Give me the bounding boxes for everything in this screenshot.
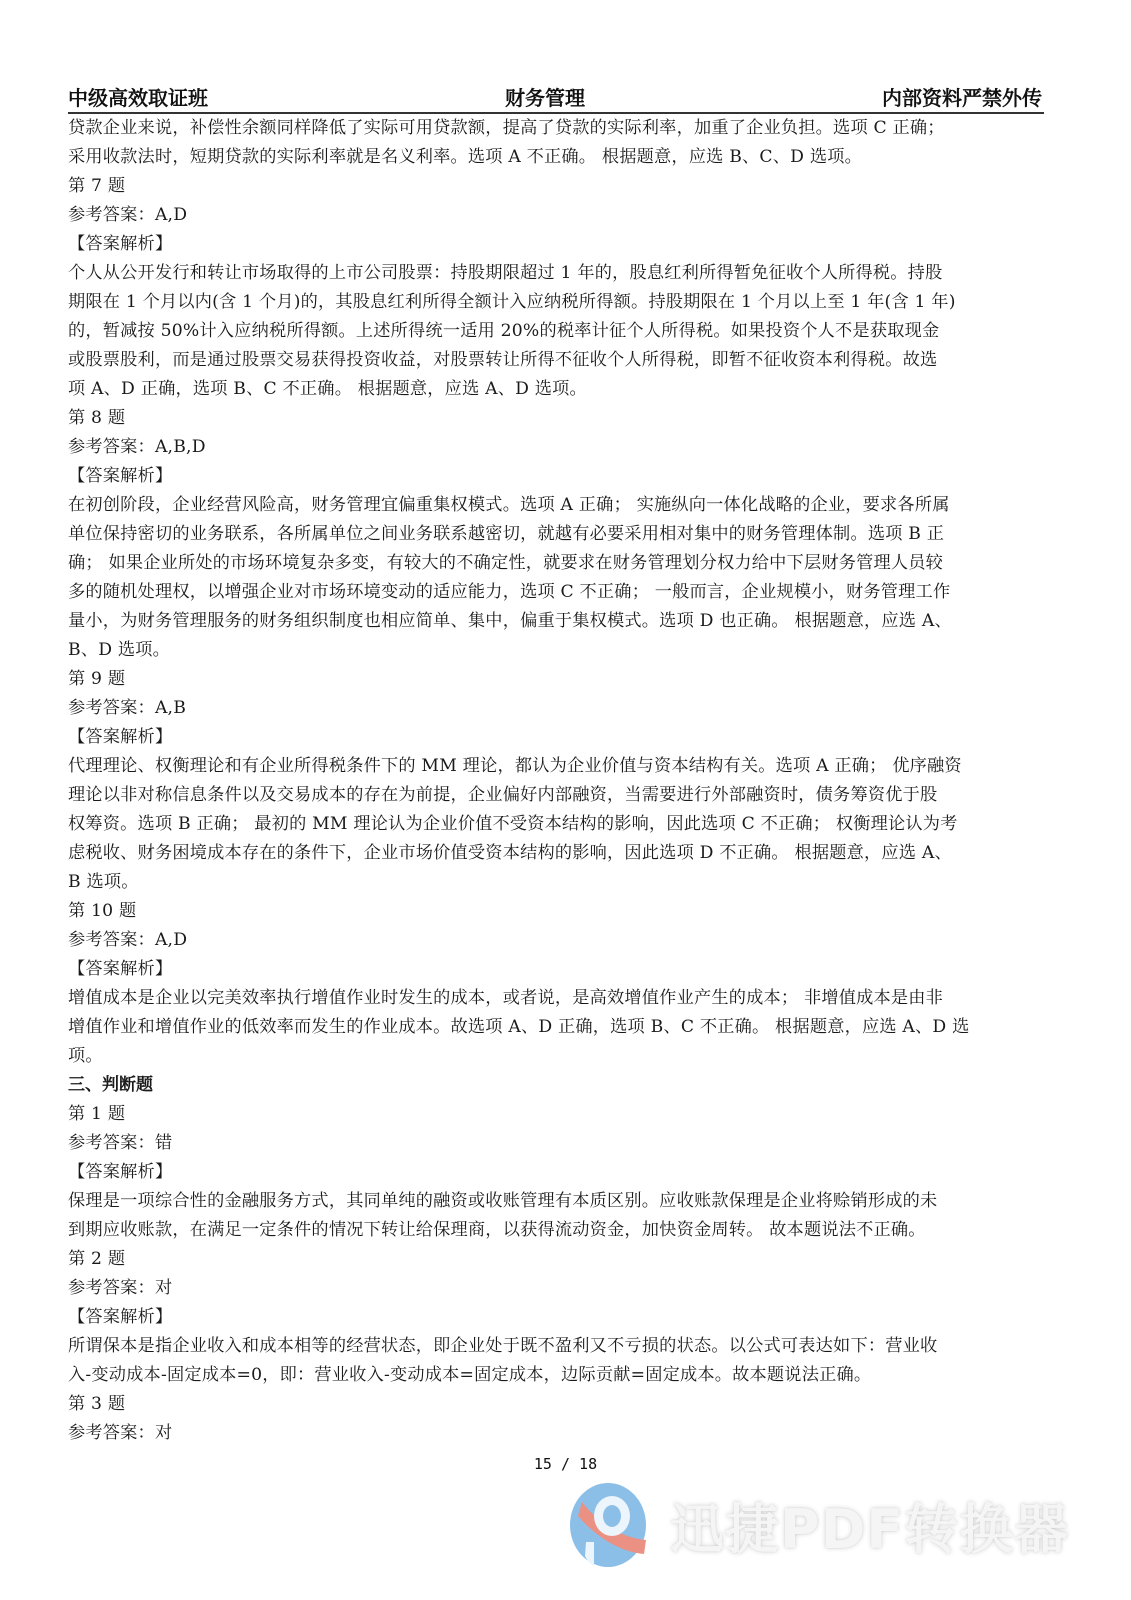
- analysis-line: 确； 如果企业所处的市场环境复杂多变，有较大的不确定性，就要求在财务管理划分权力…: [68, 549, 1042, 578]
- question-title: 第 8 题: [68, 404, 1042, 433]
- analysis-line: 入-变动成本-固定成本=0，即：营业收入-变动成本=固定成本，边际贡献=固定成本…: [68, 1361, 1042, 1390]
- analysis-line: 增值成本是企业以完美效率执行增值作业时发生的成本，或者说，是高效增值作业产生的成…: [68, 984, 1042, 1013]
- analysis-line: B、D 选项。: [68, 636, 1042, 665]
- analysis-line: 保理是一项综合性的金融服务方式，其同单纯的融资或收账管理有本质区别。应收账款保理…: [68, 1187, 1042, 1216]
- reference-answer: 参考答案：对: [68, 1274, 1042, 1303]
- watermark-text: 迅捷PDF转换器: [670, 1487, 1069, 1564]
- watermark: 迅捷PDF转换器: [568, 1480, 1069, 1570]
- paragraph-line: 贷款企业来说，补偿性余额同样降低了实际可用贷款额，提高了贷款的实际利率，加重了企…: [68, 114, 1042, 143]
- analysis-line: 量小，为财务管理服务的财务组织制度也相应简单、集中，偏重于集权模式。选项 D 也…: [68, 607, 1042, 636]
- reference-answer: 参考答案：错: [68, 1129, 1042, 1158]
- analysis-line: 权筹资。选项 B 正确； 最初的 MM 理论认为企业价值不受资本结构的影响，因此…: [68, 810, 1042, 839]
- analysis-line: 单位保持密切的业务联系，各所属单位之间业务联系越密切，就越有必要采用相对集中的财…: [68, 520, 1042, 549]
- analysis-line: 项 A、D 正确，选项 B、C 不正确。 根据题意，应选 A、D 选项。: [68, 375, 1042, 404]
- analysis-line: 或股票股利，而是通过股票交易获得投资收益，对股票转让所得不征收个人所得税，即暂不…: [68, 346, 1042, 375]
- paragraph-line: 采用收款法时，短期贷款的实际利率就是名义利率。选项 A 不正确。 根据题意，应选…: [68, 143, 1042, 172]
- page-number: 15 / 18: [0, 1455, 1131, 1473]
- document-body: 贷款企业来说，补偿性余额同样降低了实际可用贷款额，提高了贷款的实际利率，加重了企…: [68, 114, 1042, 1448]
- analysis-label: 【答案解析】: [68, 1303, 1042, 1332]
- header-course-name: 中级高效取证班: [68, 82, 208, 111]
- analysis-line: 个人从公开发行和转让市场取得的上市公司股票：持股期限超过 1 年的，股息红利所得…: [68, 259, 1042, 288]
- page-header: 中级高效取证班 财务管理 内部资料严禁外传: [68, 80, 1042, 112]
- analysis-label: 【答案解析】: [68, 955, 1042, 984]
- reference-answer: 参考答案：A,D: [68, 201, 1042, 230]
- reference-answer: 参考答案：A,B: [68, 694, 1042, 723]
- analysis-line: 代理理论、权衡理论和有企业所得税条件下的 MM 理论，都认为企业价值与资本结构有…: [68, 752, 1042, 781]
- analysis-line: 项。: [68, 1042, 1042, 1071]
- analysis-line: 到期应收账款，在满足一定条件的情况下转让给保理商，以获得流动资金，加快资金周转。…: [68, 1216, 1042, 1245]
- reference-answer: 参考答案：A,D: [68, 926, 1042, 955]
- analysis-label: 【答案解析】: [68, 462, 1042, 491]
- reference-answer: 参考答案：对: [68, 1419, 1042, 1448]
- analysis-line: 增值作业和增值作业的低效率而发生的作业成本。故选项 A、D 正确，选项 B、C …: [68, 1013, 1042, 1042]
- question-block-8: 第 8 题 参考答案：A,B,D 【答案解析】 在初创阶段，企业经营风险高，财务…: [68, 404, 1042, 665]
- question-title: 第 1 题: [68, 1100, 1042, 1129]
- reference-answer: 参考答案：A,B,D: [68, 433, 1042, 462]
- analysis-line: 期限在 1 个月以内(含 1 个月)的，其股息红利所得全额计入应纳税所得额。持股…: [68, 288, 1042, 317]
- question-block-10: 第 10 题 参考答案：A,D 【答案解析】 增值成本是企业以完美效率执行增值作…: [68, 897, 1042, 1071]
- analysis-line: 在初创阶段，企业经营风险高，财务管理宜偏重集权模式。选项 A 正确； 实施纵向一…: [68, 491, 1042, 520]
- question-title: 第 3 题: [68, 1390, 1042, 1419]
- analysis-line: B 选项。: [68, 868, 1042, 897]
- analysis-line: 虑税收、财务困境成本存在的条件下，企业市场价值受资本结构的影响，因此选项 D 不…: [68, 839, 1042, 868]
- question-title: 第 2 题: [68, 1245, 1042, 1274]
- xunjie-pdf-logo-icon: [568, 1482, 648, 1568]
- analysis-line: 多的随机处理权，以增强企业对市场环境变动的适应能力，选项 C 不正确； 一般而言…: [68, 578, 1042, 607]
- judgment-question-1: 第 1 题 参考答案：错 【答案解析】 保理是一项综合性的金融服务方式，其同单纯…: [68, 1100, 1042, 1245]
- judgment-question-2: 第 2 题 参考答案：对 【答案解析】 所谓保本是指企业收入和成本相等的经营状态…: [68, 1245, 1042, 1390]
- analysis-line: 的，暂减按 50%计入应纳税所得额。上述所得统一适用 20%的税率计征个人所得税…: [68, 317, 1042, 346]
- question-block-7: 第 7 题 参考答案：A,D 【答案解析】 个人从公开发行和转让市场取得的上市公…: [68, 172, 1042, 404]
- question-title: 第 9 题: [68, 665, 1042, 694]
- question-block-9: 第 9 题 参考答案：A,B 【答案解析】 代理理论、权衡理论和有企业所得税条件…: [68, 665, 1042, 897]
- section-title-judgment: 三、判断题: [68, 1071, 1042, 1100]
- analysis-line: 所谓保本是指企业收入和成本相等的经营状态，即企业处于既不盈利又不亏损的状态。以公…: [68, 1332, 1042, 1361]
- analysis-label: 【答案解析】: [68, 230, 1042, 259]
- analysis-label: 【答案解析】: [68, 1158, 1042, 1187]
- judgment-question-3: 第 3 题 参考答案：对: [68, 1390, 1042, 1448]
- question-title: 第 10 题: [68, 897, 1042, 926]
- analysis-label: 【答案解析】: [68, 723, 1042, 752]
- question-title: 第 7 题: [68, 172, 1042, 201]
- analysis-line: 理论以非对称信息条件以及交易成本的存在为前提，企业偏好内部融资，当需要进行外部融…: [68, 781, 1042, 810]
- header-confidential-notice: 内部资料严禁外传: [882, 82, 1042, 111]
- header-subject: 财务管理: [505, 82, 585, 111]
